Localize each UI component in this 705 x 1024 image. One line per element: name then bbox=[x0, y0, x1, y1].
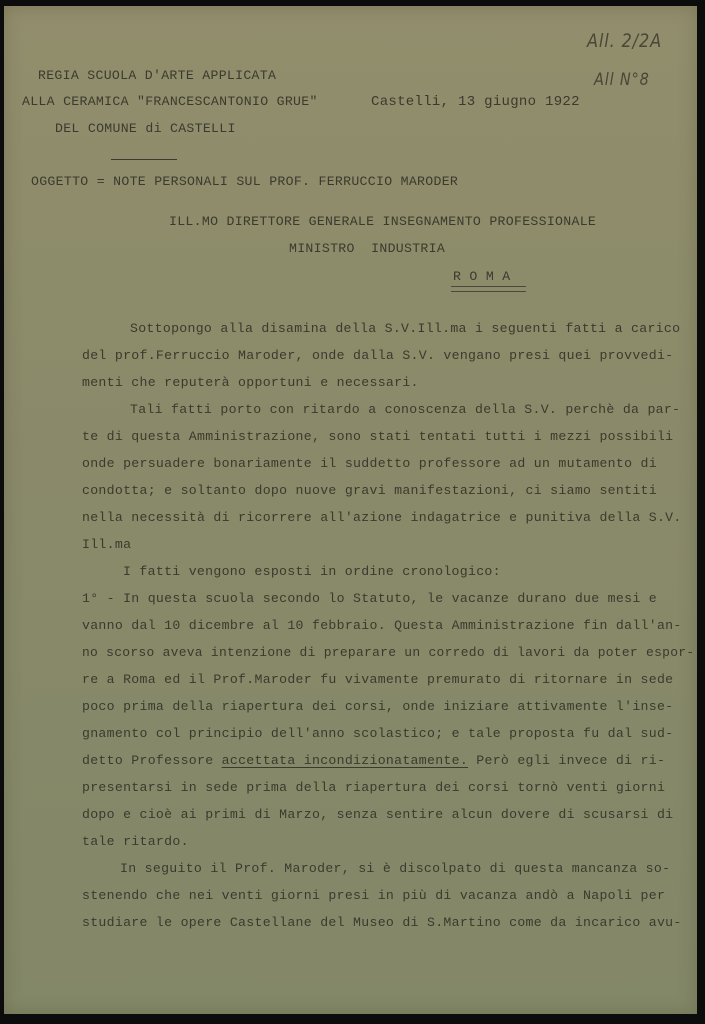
body-line: re a Roma ed il Prof.Maroder fu vivament… bbox=[82, 672, 673, 688]
handwritten-annotation: All N°8 bbox=[594, 70, 650, 90]
body-line: condotta; e soltanto dopo nuove gravi ma… bbox=[82, 483, 657, 499]
addressee-line: MINISTRO INDUSTRIA bbox=[289, 241, 445, 257]
letterhead-line: ALLA CERAMICA "FRANCESCANTONIO GRUE" bbox=[22, 94, 318, 110]
body-line: studiare le opere Castellane del Museo d… bbox=[82, 915, 682, 931]
body-line: menti che reputerà opportuni e necessari… bbox=[82, 375, 419, 391]
divider bbox=[111, 159, 177, 160]
double-underline bbox=[451, 286, 526, 292]
body-line: del prof.Ferruccio Maroder, onde dalla S… bbox=[82, 348, 673, 364]
letterhead-line: DEL COMUNE di CASTELLI bbox=[55, 121, 236, 137]
body-line: Ill.ma bbox=[82, 537, 131, 553]
body-line: te di questa Amministrazione, sono stati… bbox=[82, 429, 673, 445]
body-line: gnamento col principio dell'anno scolast… bbox=[82, 726, 673, 742]
body-text: Però egli invece di ri- bbox=[468, 753, 665, 768]
body-line: detto Professore accettata incondizionat… bbox=[82, 753, 665, 769]
underlined-phrase: accettata incondizionatamente. bbox=[222, 753, 468, 768]
letterhead-line: REGIA SCUOLA D'ARTE APPLICATA bbox=[38, 68, 276, 84]
body-line: nella necessità di ricorrere all'azione … bbox=[82, 510, 682, 526]
body-line: Sottopongo alla disamina della S.V.Ill.m… bbox=[130, 321, 680, 337]
date-line: Castelli, 13 giugno 1922 bbox=[371, 94, 580, 110]
body-line: stenendo che nei venti giorni presi in p… bbox=[82, 888, 665, 904]
subject-line: OGGETTO = NOTE PERSONALI SUL PROF. FERRU… bbox=[31, 174, 458, 190]
document-page: All. 2/2A All N°8 REGIA SCUOLA D'ARTE AP… bbox=[4, 6, 697, 1014]
body-line: tale ritardo. bbox=[82, 834, 189, 850]
body-line: poco prima della riapertura dei corsi, o… bbox=[82, 699, 673, 715]
body-line: 1° - In questa scuola secondo lo Statuto… bbox=[82, 591, 657, 607]
body-text: detto Professore bbox=[82, 753, 222, 768]
body-line: onde persuadere bonariamente il suddetto… bbox=[82, 456, 657, 472]
body-line: no scorso aveva intenzione di preparare … bbox=[82, 645, 694, 661]
body-line: dopo e cioè ai primi di Marzo, senza sen… bbox=[82, 807, 673, 823]
addressee-city: R O M A bbox=[453, 269, 511, 285]
body-line: presentarsi in sede prima della riapertu… bbox=[82, 780, 665, 796]
body-line: I fatti vengono esposti in ordine cronol… bbox=[123, 564, 501, 580]
body-line: vanno dal 10 dicembre al 10 febbraio. Qu… bbox=[82, 618, 682, 634]
body-line: Tali fatti porto con ritardo a conoscenz… bbox=[130, 402, 680, 418]
handwritten-annotation: All. 2/2A bbox=[587, 30, 662, 52]
body-line: In seguito il Prof. Maroder, si è discol… bbox=[120, 861, 670, 877]
addressee-line: ILL.MO DIRETTORE GENERALE INSEGNAMENTO P… bbox=[169, 214, 596, 230]
